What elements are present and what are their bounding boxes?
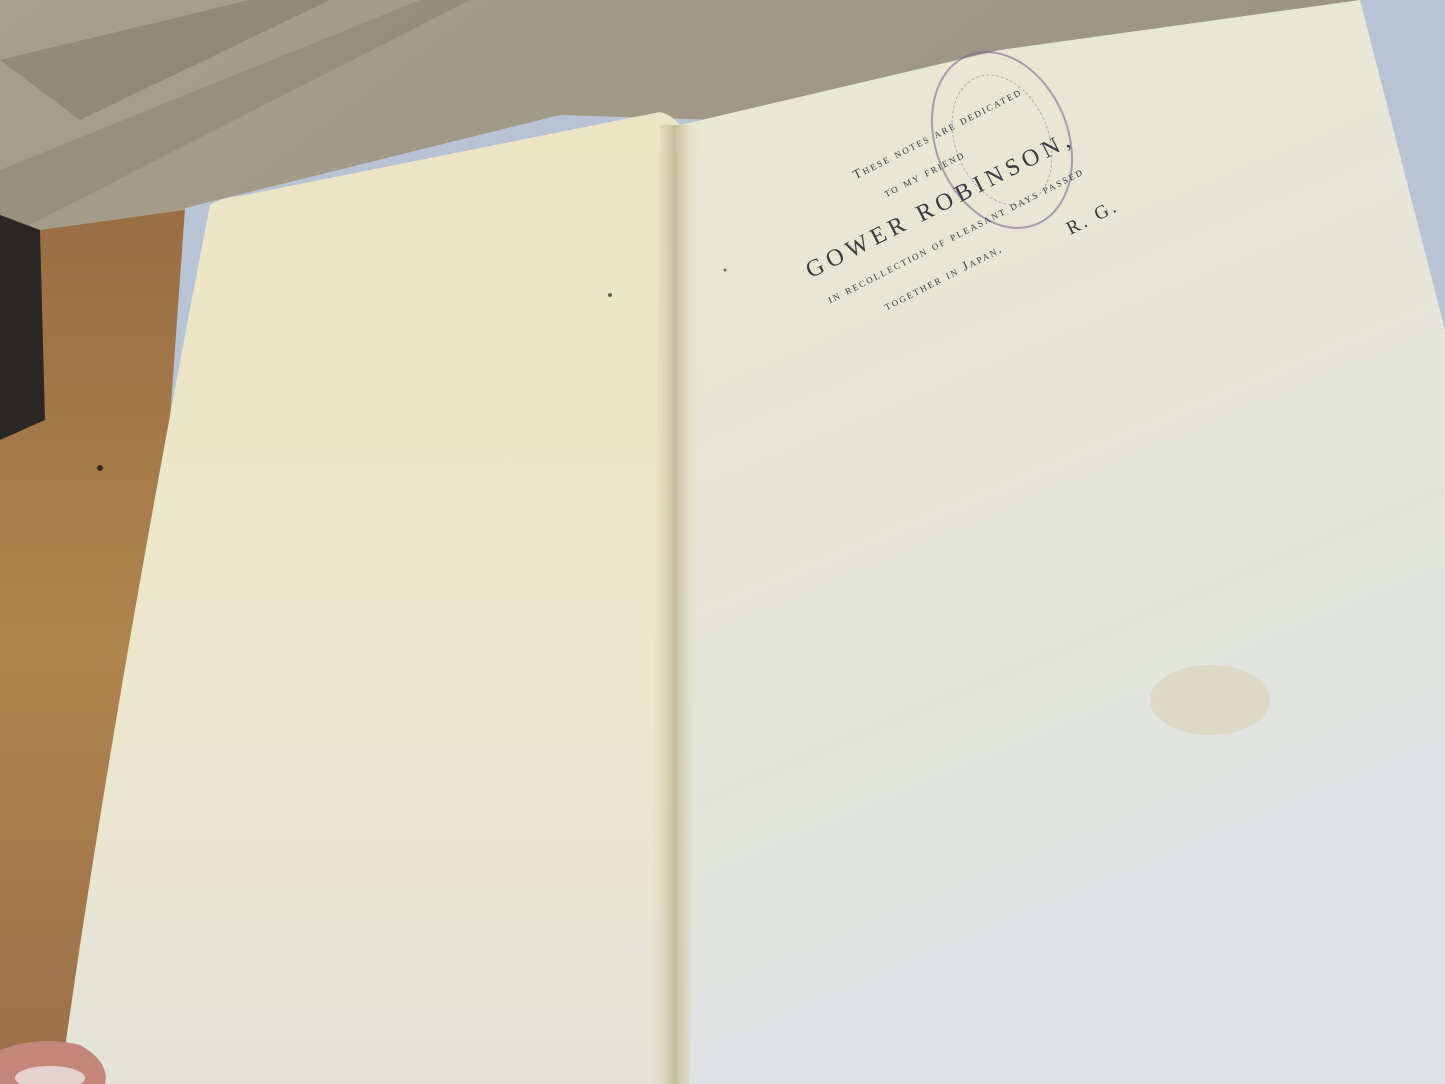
paper-speck <box>724 269 727 272</box>
photo-scene <box>0 0 1445 1084</box>
paper-speck <box>608 293 612 297</box>
paper-stain <box>1150 665 1270 735</box>
paper-speck <box>97 465 103 471</box>
